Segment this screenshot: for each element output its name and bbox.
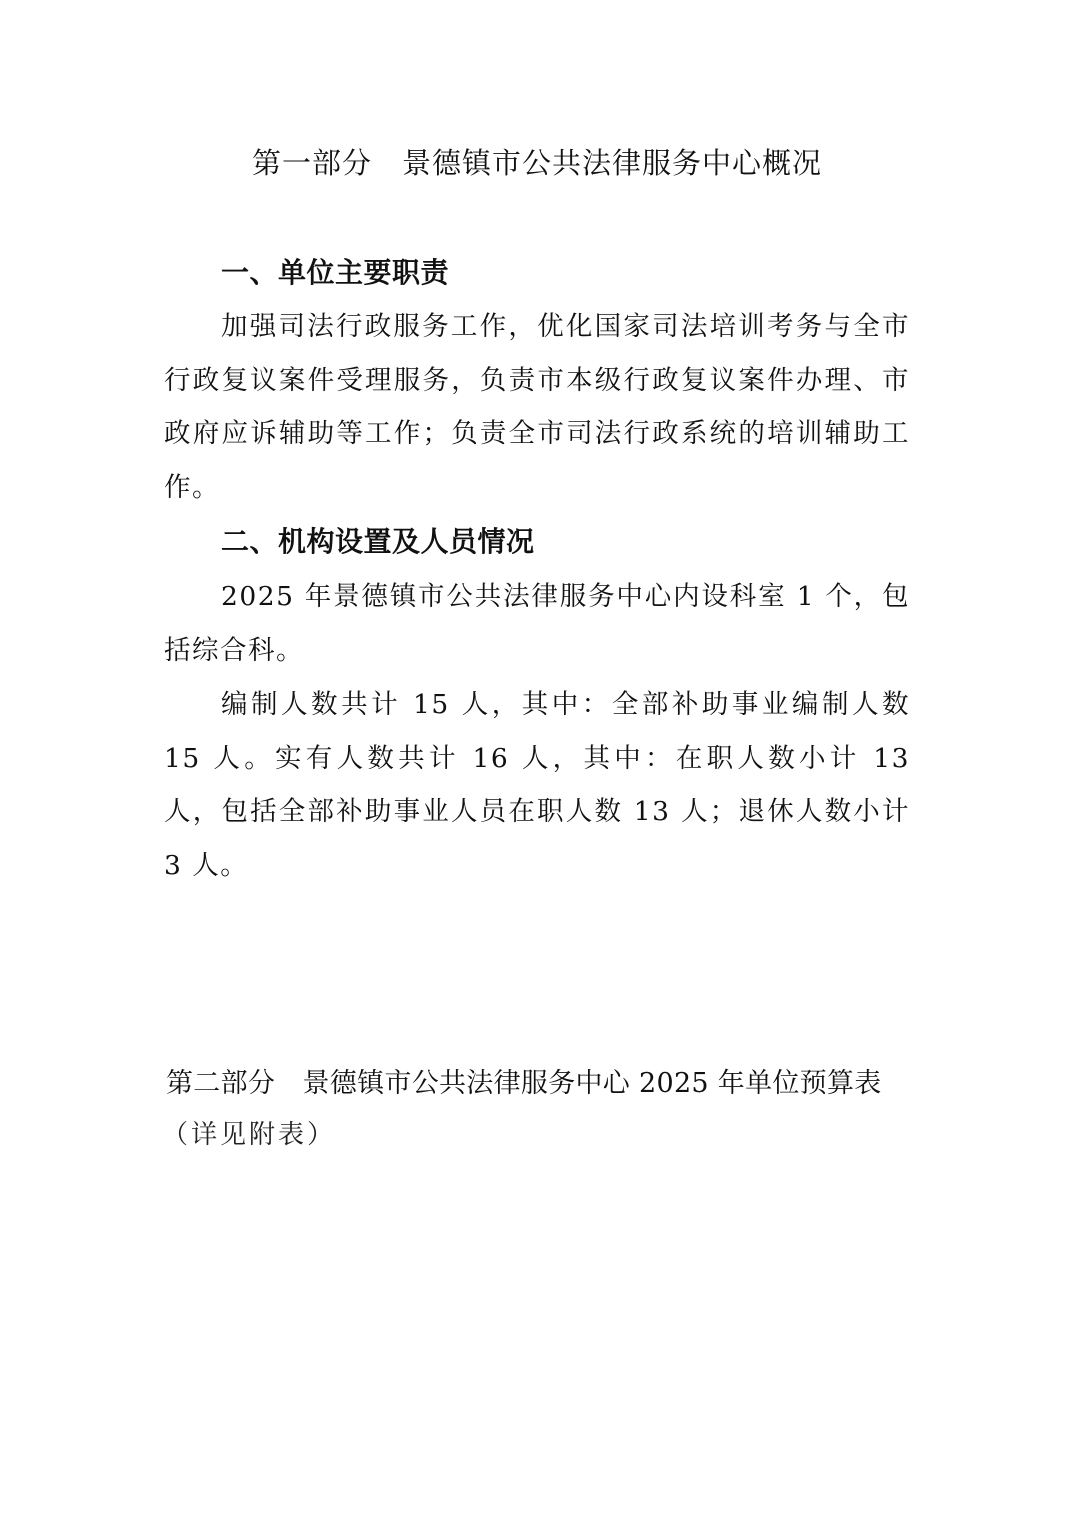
part2-note: （详见附表） <box>162 1112 336 1158</box>
organization-paragraph: 2025 年景德镇市公共法律服务中心内设科室 1 个，包括综合科。 <box>164 570 910 677</box>
part2-title: 第二部分 景德镇市公共法律服务中心 2025 年单位预算表 <box>166 1061 926 1107</box>
part1-title: 第一部分 景德镇市公共法律服务中心概况 <box>0 140 1074 186</box>
staffing-paragraph: 编制人数共计 15 人，其中：全部补助事业编制人数 15 人。实有人数共计 16… <box>164 678 910 892</box>
section-heading-duties: 一、单位主要职责 <box>221 253 449 293</box>
document-page: 第一部分 景德镇市公共法律服务中心概况 一、单位主要职责 加强司法行政服务工作，… <box>0 0 1074 1520</box>
duties-paragraph: 加强司法行政服务工作，优化国家司法培训考务与全市行政复议案件受理服务，负责市本级… <box>164 300 910 514</box>
section-heading-organization: 二、机构设置及人员情况 <box>221 522 535 562</box>
